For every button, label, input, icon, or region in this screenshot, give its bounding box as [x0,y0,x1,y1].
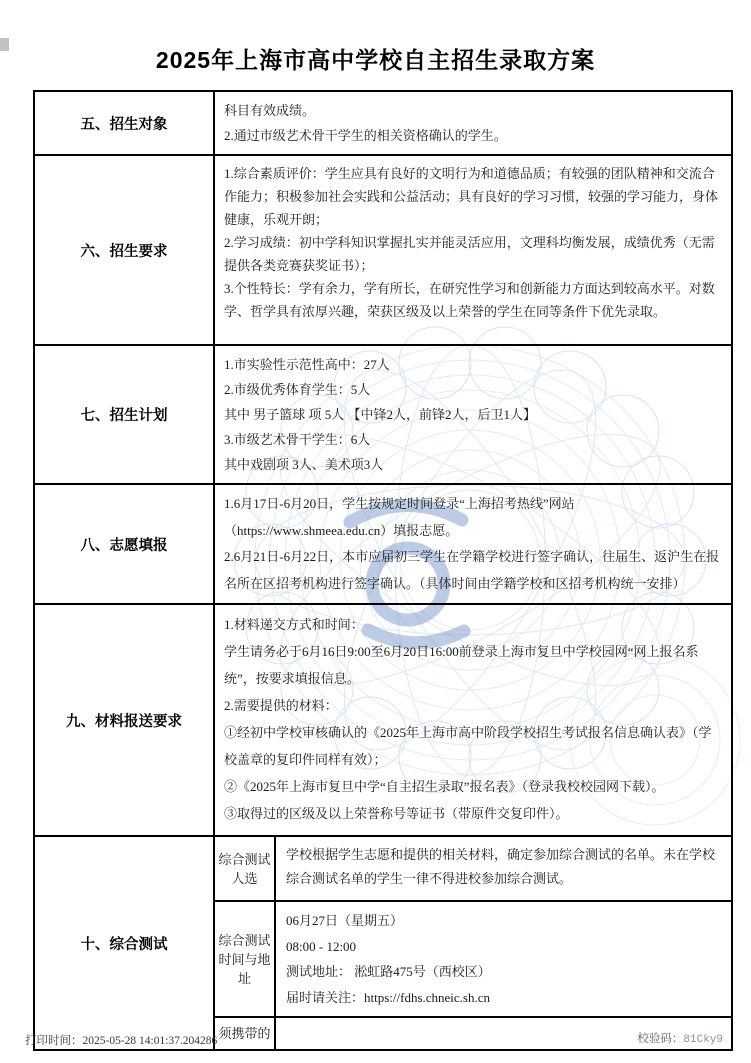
content-paragraph: 2.市级优秀体育学生：5人 [224,377,721,402]
row-label: 七、招生计划 [35,346,215,483]
content-paragraph: 1.6月17日-6月20日，学生按规定时间登录“上海招考热线”网站（https:… [224,491,721,544]
row-content: 1.市实验性示范性高中：27人 2.市级优秀体育学生：5人 其中 男子篮球 项 … [215,346,731,483]
content-paragraph: 其中戏剧项 3人、美术项3人 [224,452,721,477]
content-paragraph: 3.市级艺术骨干学生：6人 [224,427,721,452]
footer-checksum: 校验码：81Cky9 [637,1030,723,1046]
content-paragraph: 06月27日（星期五） [286,908,721,934]
content-paragraph: 1.综合素质评价：学生应具有良好的文明行为和道德品质；有较强的团队精神和交流合作… [224,162,721,231]
row-label: 五、招生对象 [35,92,215,154]
content-paragraph: 1.材料递交方式和时间： [224,611,721,638]
content-paragraph: 2.需要提供的材料： [224,692,721,719]
table-row-comprehensive-test: 十、综合测试 综合测试人选 学校根据学生志愿和提供的相关材料，确定参加综合测试的… [35,837,731,1049]
content-paragraph: 08:00 - 12:00 [286,934,721,960]
content-paragraph: 3.个性特长：学有余力，学有所长，在研究性学习和创新能力方面达到较高水平。对数学… [224,277,721,323]
table-row-enrollment-target: 五、招生对象 科目有效成绩。 2.通过市级艺术骨干学生的相关资格确认的学生。 [35,92,731,156]
content-paragraph: 届时请关注：https://fdhs.chneic.sh.cn [286,985,721,1011]
table-row-enrollment-requirements: 六、招生要求 1.综合素质评价：学生应具有良好的文明行为和道德品质；有较强的团队… [35,156,731,346]
content-paragraph: ③取得过的区级及以上荣誉称号等证书（带原件交复印件）。 [224,800,721,827]
subrow-label: 综合测试人选 [215,837,276,900]
content-paragraph: 2.6月21日-6月22日，本市应届初三学生在学籍学校进行签字确认，往届生、返沪… [224,544,721,597]
subrow-content: 06月27日（星期五） 08:00 - 12:00 测试地址： 淞虹路475号（… [276,902,731,1016]
content-paragraph: 2.通过市级艺术骨干学生的相关资格确认的学生。 [224,123,721,148]
row-label: 八、志愿填报 [35,485,215,603]
row-label: 九、材料报送要求 [35,605,215,835]
document-page: 2025年上海市高中学校自主招生录取方案 五、招生对象 科目有效成绩。 2.通过… [0,0,751,1063]
print-time-value: 2025-05-28 14:01:37.204286 [83,1035,218,1047]
content-paragraph: 学校根据学生志愿和提供的相关材料，确定参加综合测试的名单。未在学校综合测试名单的… [286,843,721,891]
content-paragraph: 学生请务必于6月16日9:00至6月20日16:00前登录上海市复旦中学校园网“… [224,638,721,692]
page-title: 2025年上海市高中学校自主招生录取方案 [0,42,751,75]
row-content: 1.材料递交方式和时间： 学生请务必于6月16日9:00至6月20日16:00前… [215,605,731,835]
subrow-test-time-place: 综合测试时间与地址 06月27日（星期五） 08:00 - 12:00 测试地址… [215,902,731,1018]
subrow-test-candidates: 综合测试人选 学校根据学生志愿和提供的相关材料，确定参加综合测试的名单。未在学校… [215,837,731,902]
row-content: 1.综合素质评价：学生应具有良好的文明行为和道德品质；有较强的团队精神和交流合作… [215,156,731,344]
row-content: 科目有效成绩。 2.通过市级艺术骨干学生的相关资格确认的学生。 [215,92,731,154]
table-row-enrollment-plan: 七、招生计划 1.市实验性示范性高中：27人 2.市级优秀体育学生：5人 其中 … [35,346,731,485]
footer-print-time: 打印时间：2025-05-28 14:01:37.204286 [25,1032,217,1048]
content-paragraph: 测试地址： 淞虹路475号（西校区） [286,959,721,985]
content-paragraph: ①经初中学校审核确认的《2025年上海市高中阶段学校招生考试报名信息确认表》（学… [224,719,721,773]
comprehensive-test-subrows: 综合测试人选 学校根据学生志愿和提供的相关材料，确定参加综合测试的名单。未在学校… [215,837,731,1049]
admission-plan-table: 五、招生对象 科目有效成绩。 2.通过市级艺术骨干学生的相关资格确认的学生。 六… [33,90,733,1051]
subrow-content: 学校根据学生志愿和提供的相关材料，确定参加综合测试的名单。未在学校综合测试名单的… [276,837,731,900]
row-content: 1.6月17日-6月20日，学生按规定时间登录“上海招考热线”网站（https:… [215,485,731,603]
row-label: 十、综合测试 [35,837,215,1049]
content-paragraph: 其中 男子篮球 项 5人 【中锋2人，前锋2人，后卫1人】 [224,402,721,427]
subrow-label: 须携带的 [215,1018,276,1049]
table-row-material-submission: 九、材料报送要求 1.材料递交方式和时间： 学生请务必于6月16日9:00至6月… [35,605,731,837]
checksum-label: 校验码： [637,1033,683,1045]
content-paragraph: ②《2025年上海市复旦中学“自主招生录取”报名表》（登录我校校园网下载）。 [224,773,721,800]
print-time-label: 打印时间： [25,1035,83,1047]
checksum-value: 81Cky9 [683,1034,723,1046]
content-paragraph: 2.学习成绩：初中学科知识掌握扎实并能灵活应用，文理科均衡发展，成绩优秀（无需提… [224,231,721,277]
content-paragraph: 科目有效成绩。 [224,98,721,123]
subrow-label: 综合测试时间与地址 [215,902,276,1016]
table-row-application-filing: 八、志愿填报 1.6月17日-6月20日，学生按规定时间登录“上海招考热线”网站… [35,485,731,605]
content-paragraph: 1.市实验性示范性高中：27人 [224,352,721,377]
row-label: 六、招生要求 [35,156,215,344]
